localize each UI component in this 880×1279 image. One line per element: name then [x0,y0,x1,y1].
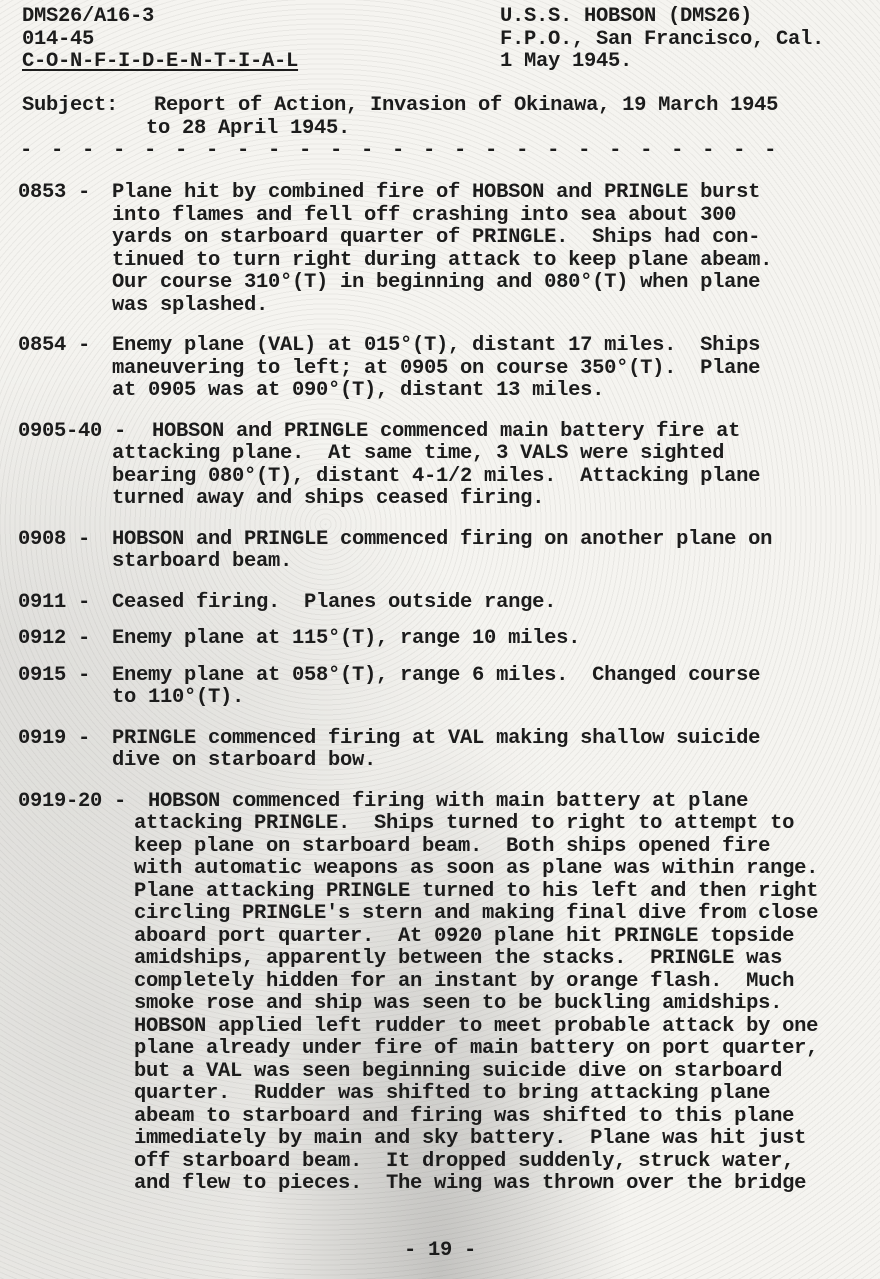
log-entry: 0911 -Ceased firing. Planes outside rang… [18,592,863,615]
classification-marking: C-O-N-F-I-D-E-N-T-I-A-L [22,51,298,74]
log-entry: 0912 -Enemy plane at 115°(T), range 10 m… [18,628,863,651]
log-entry: 0915 -Enemy plane at 058°(T), range 6 mi… [18,665,863,710]
log-entry-line: quarter. Rudder was shifted to bring att… [134,1083,863,1106]
log-entry-line: to 110°(T). [112,687,863,710]
log-entry-line: turned away and ships ceased firing. [112,488,863,511]
log-entry-time: 0912 - [18,628,90,651]
log-entry-line: at 0905 was at 090°(T), distant 13 miles… [112,380,863,403]
log-entry-text: PRINGLE commenced firing at VAL making s… [112,728,863,773]
log-entry-line: attacking plane. At same time, 3 VALS we… [112,443,863,466]
log-entry-line: immediately by main and sky battery. Pla… [134,1128,863,1151]
log-entry-line: starboard beam. [112,551,863,574]
log-entry-line: maneuvering to left; at 0905 on course 3… [112,358,863,381]
log-entry-line: amidships, apparently between the stacks… [134,948,863,971]
log-entry-line: HOBSON and PRINGLE commenced main batter… [152,421,863,444]
log-entry-line: bearing 080°(T), distant 4-1/2 miles. At… [112,466,863,489]
log-entry-line: HOBSON commenced firing with main batter… [148,791,863,814]
log-entry-text: HOBSON and PRINGLE commenced firing on a… [112,529,863,574]
log-entry-time: 0854 - [18,335,90,358]
log-entry-time: 0908 - [18,529,90,552]
subject-line: to 28 April 1945. [146,118,864,141]
log-entry-line: but a VAL was seen beginning suicide div… [134,1061,863,1084]
log-entry-line: dive on starboard bow. [112,750,863,773]
log-entry-line: PRINGLE commenced firing at VAL making s… [112,728,863,751]
ship-name: U.S.S. HOBSON (DMS26) [500,6,824,29]
document-page: DMS26/A16-3 014-45 C-O-N-F-I-D-E-N-T-I-A… [0,0,880,1279]
log-entry-line: plane already under fire of main battery… [134,1038,863,1061]
log-entry-line: abeam to starboard and firing was shifte… [134,1106,863,1129]
log-entry-line: HOBSON and PRINGLE commenced firing on a… [112,529,863,552]
log-entry-line: with automatic weapons as soon as plane … [134,858,863,881]
log-entry-line: completely hidden for an instant by oran… [134,971,863,994]
log-entry-line: aboard port quarter. At 0920 plane hit P… [134,926,863,949]
log-entry-line: HOBSON applied left rudder to meet proba… [134,1016,863,1039]
header-right: U.S.S. HOBSON (DMS26) F.P.O., San Franci… [500,6,824,74]
subject-line: Report of Action, Invasion of Okinawa, 1… [154,95,864,118]
log-entry-line: tinued to turn right during attack to ke… [112,250,863,273]
log-entry-text: HOBSON commenced firing with main batter… [134,791,863,1196]
log-entry-time: 0853 - [18,182,90,205]
log-entry-line: circling PRINGLE's stern and making fina… [134,903,863,926]
action-log: 0853 -Plane hit by combined fire of HOBS… [18,182,863,1214]
log-entry-line: Enemy plane at 115°(T), range 10 miles. [112,628,863,651]
log-entry-time: 0919 - [18,728,90,751]
log-entry-line: Plane hit by combined fire of HOBSON and… [112,182,863,205]
log-entry-line: Enemy plane (VAL) at 015°(T), distant 17… [112,335,863,358]
log-entry-line: into flames and fell off crashing into s… [112,205,863,228]
log-entry: 0919 -PRINGLE commenced firing at VAL ma… [18,728,863,773]
ship-address: F.P.O., San Francisco, Cal. [500,29,824,52]
log-entry-time: 0905-40 - [18,421,126,444]
header-left: DMS26/A16-3 014-45 C-O-N-F-I-D-E-N-T-I-A… [22,6,298,74]
log-entry-line: attacking PRINGLE. Ships turned to right… [134,813,863,836]
log-entry-line: keep plane on starboard beam. Both ships… [134,836,863,859]
log-entry-line: Our course 310°(T) in beginning and 080°… [112,272,863,295]
log-entry-line: and flew to pieces. The wing was thrown … [134,1173,863,1196]
serial-number: 014-45 [22,29,298,52]
log-entry-text: HOBSON and PRINGLE commenced main batter… [112,421,863,511]
document-date: 1 May 1945. [500,51,824,74]
log-entry-text: Enemy plane at 115°(T), range 10 miles. [112,628,863,651]
subject-text: Report of Action, Invasion of Okinawa, 1… [154,95,864,140]
log-entry-line: yards on starboard quarter of PRINGLE. S… [112,227,863,250]
log-entry: 0919-20 -HOBSON commenced firing with ma… [18,791,863,1196]
log-entry-line: Plane attacking PRINGLE turned to his le… [134,881,863,904]
log-entry: 0905-40 -HOBSON and PRINGLE commenced ma… [18,421,863,511]
log-entry-line: Ceased firing. Planes outside range. [112,592,863,615]
log-entry: 0853 -Plane hit by combined fire of HOBS… [18,182,863,317]
log-entry-time: 0915 - [18,665,90,688]
log-entry: 0854 -Enemy plane (VAL) at 015°(T), dist… [18,335,863,403]
log-entry: 0908 -HOBSON and PRINGLE commenced firin… [18,529,863,574]
log-entry-line: was splashed. [112,295,863,318]
log-entry-text: Enemy plane (VAL) at 015°(T), distant 17… [112,335,863,403]
log-entry-text: Enemy plane at 058°(T), range 6 miles. C… [112,665,863,710]
log-entry-text: Plane hit by combined fire of HOBSON and… [112,182,863,317]
log-entry-line: smoke rose and ship was seen to be buckl… [134,993,863,1016]
page-number: - 19 - [0,1240,880,1263]
log-entry-text: Ceased firing. Planes outside range. [112,592,863,615]
log-entry-line: Enemy plane at 058°(T), range 6 miles. C… [112,665,863,688]
log-entry-time: 0911 - [18,592,90,615]
log-entry-line: off starboard beam. It dropped suddenly,… [134,1151,863,1174]
separator-line: - - - - - - - - - - - - - - - - - - - - … [20,140,780,163]
log-entry-time: 0919-20 - [18,791,126,814]
subject-label: Subject: [22,95,118,118]
file-reference: DMS26/A16-3 [22,6,298,29]
